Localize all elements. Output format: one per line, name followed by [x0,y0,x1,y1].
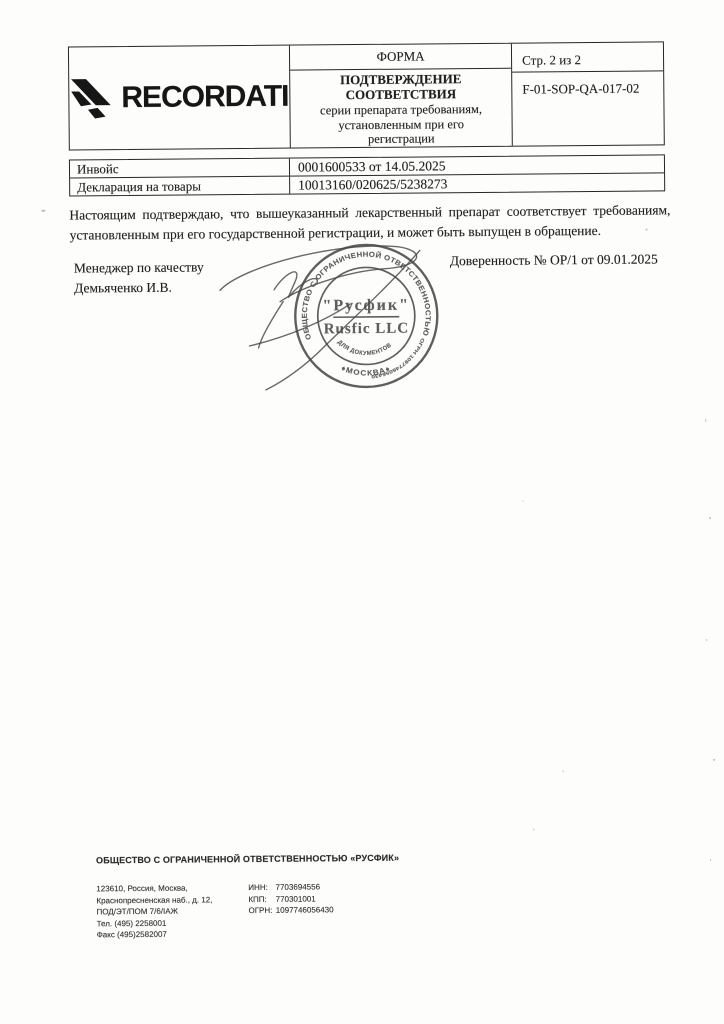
scanned-document-page: RECORDATI ФОРМА ПОДТВЕРЖДЕНИЕ СООТВЕТСТВ… [0,0,724,1024]
page-number: Стр. 2 из 2 [512,42,663,72]
address-line: Факс (495)2582007 [97,928,213,941]
noise-speck [562,770,564,772]
ogrn-value: 1097746056430 [276,905,334,915]
noise-speck [522,501,524,502]
kpp-value: 770301001 [276,894,316,903]
inn-label: ИНН: [248,882,273,894]
ogrn-label: ОГРН: [248,905,273,917]
ogrn-line: ОГРН: 1097746056430 [248,904,333,916]
form-code: F-01-SOP-QA-017-02 [512,71,663,97]
signer-name: Демьяченко И.В. [74,277,204,298]
footer-company-name: ОБЩЕСТВО С ОГРАНИЧЕННОЙ ОТВЕТСТВЕННОСТЬЮ… [96,853,399,866]
scan-noise [0,0,720,3]
form-label: ФОРМА [290,44,511,71]
noise-speck [706,639,707,641]
recordati-wordmark: RECORDATI [121,80,288,115]
noise-speck [713,759,715,761]
invoice-value: 0001600533 от 14.05.2025 [290,155,664,175]
document-title-block: ПОДТВЕРЖДЕНИЕ СООТВЕТСТВИЯ серии препара… [290,69,512,148]
header-logo-cell: RECORDATI [69,46,291,150]
document-content: RECORDATI ФОРМА ПОДТВЕРЖДЕНИЕ СООТВЕТСТВ… [0,0,724,1024]
footer-registration-block: ИНН: 7703694556 КПП: 770301001 ОГРН: 109… [248,881,333,916]
signer-block: Менеджер по качеству Демьяченко И.В. [74,257,204,298]
address-line: 123610, Россия, Москва, [96,882,212,895]
header-table: RECORDATI ФОРМА ПОДТВЕРЖДЕНИЕ СООТВЕТСТВ… [68,41,665,150]
header-meta-cell: Стр. 2 из 2 F-01-SOP-QA-017-02 [512,42,664,145]
header-title-cell: ФОРМА ПОДТВЕРЖДЕНИЕ СООТВЕТСТВИЯ серии п… [290,44,513,148]
inn-value: 7703694556 [275,882,320,891]
noise-speck [710,859,711,861]
address-line: ПОД/ЭТ/ПОМ 7/6/IАЖ [96,905,212,918]
noise-speck [705,419,706,422]
invoice-label: Инвойс [70,159,290,178]
declaration-label: Декларация на товары [70,177,290,196]
document-subtitle: серии препарата требованиям, установленн… [290,101,511,147]
noise-speck [533,829,535,831]
footer-address-block: 123610, Россия, Москва, Краснопресненска… [96,882,212,941]
kpp-label: КПП: [248,893,273,905]
kpp-line: КПП: 770301001 [248,893,333,905]
recordati-logo-icon [70,77,112,119]
noise-speck [709,517,711,519]
noise-speck [646,228,648,230]
address-line: Краснопресненская наб., д. 12, [96,894,212,907]
details-table: Инвойс 0001600533 от 14.05.2025 Декларац… [69,154,665,196]
declaration-value: 10013160/020625/5238273 [290,173,664,193]
signer-role: Менеджер по качеству [74,257,204,278]
inn-line: ИНН: 7703694556 [248,881,333,893]
document-title: ПОДТВЕРЖДЕНИЕ СООТВЕТСТВИЯ [290,71,511,103]
power-of-attorney: Доверенность № ОР/1 от 09.01.2025 [450,251,658,269]
noise-speck [41,210,45,212]
address-line: Тел. (495) 2258001 [97,917,213,930]
signature-scribble [188,224,470,416]
